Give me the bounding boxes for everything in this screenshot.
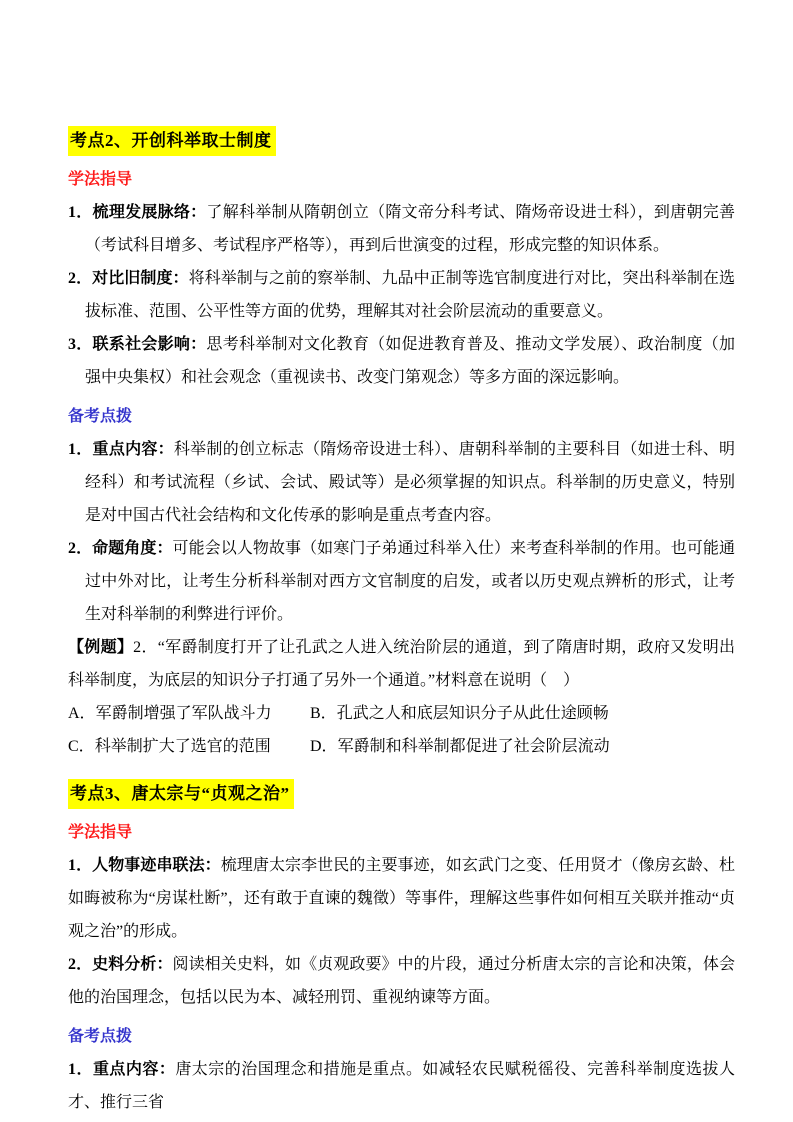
- tips-label: 备考点拨: [68, 1020, 735, 1053]
- tip-item: 2．命题角度：可能会以人物故事（如寒门子弟通过科举入仕）来考查科举制的作用。也可…: [68, 532, 735, 631]
- item-label: 命题角度：: [92, 540, 172, 557]
- option-b-key: B．: [310, 705, 337, 722]
- section-heading-row: 考点3、唐太宗与“贞观之治”: [68, 779, 735, 810]
- option-d-key: D．: [310, 738, 338, 755]
- item-number: 3．: [68, 336, 93, 353]
- item-label: 人物事迹串联法：: [92, 857, 221, 874]
- item-number: 2．: [68, 540, 92, 557]
- item-label: 对比旧制度：: [92, 270, 188, 287]
- section-heading-highlighted: 考点3、唐太宗与“贞观之治”: [68, 779, 294, 809]
- example-stem-text: “军爵制度打开了让孔武之人进入统治阶层的通道，到了隋唐时期，政府又发明出科举制度…: [68, 639, 735, 689]
- example-tag: 【例题】: [68, 639, 133, 656]
- option-a-key: A．: [68, 705, 96, 722]
- example-question-stem: 【例题】2．“军爵制度打开了让孔武之人进入统治阶层的通道，到了隋唐时期，政府又发…: [68, 631, 735, 697]
- option-d-text: 军爵制和科举制都促进了社会阶层流动: [338, 738, 610, 755]
- document-page: 考点2、开创科举取士制度 学法指导 1．梳理发展脉络：了解科举制从隋朝创立（隋文…: [0, 0, 793, 1122]
- option-d: D．军爵制和科举制都促进了社会阶层流动: [310, 738, 610, 755]
- section-heading-highlighted: 考点2、开创科举取士制度: [68, 126, 276, 156]
- option-b: B．孔武之人和底层知识分子从此仕途顾畅: [310, 705, 609, 722]
- section-kaodian-3: 考点3、唐太宗与“贞观之治” 学法指导 1．人物事迹串联法：梳理唐太宗李世民的主…: [68, 779, 735, 1119]
- item-number: 1．: [68, 1061, 93, 1078]
- section-kaodian-2: 考点2、开创科举取士制度 学法指导 1．梳理发展脉络：了解科举制从隋朝创立（隋文…: [68, 126, 735, 763]
- option-c-text: 科举制扩大了选官的范围: [95, 738, 271, 755]
- tips-label: 备考点拨: [68, 400, 735, 433]
- item-label: 史料分析：: [92, 956, 172, 973]
- option-c: C．科举制扩大了选官的范围: [68, 730, 310, 763]
- example-number: 2．: [133, 639, 158, 656]
- item-number: 1．: [68, 204, 93, 221]
- item-label: 重点内容：: [93, 1061, 175, 1078]
- study-item: 2．对比旧制度：将科举制与之前的察举制、九品中正制等选官制度进行对比，突出科举制…: [68, 262, 735, 328]
- option-c-key: C．: [68, 738, 95, 755]
- item-label: 梳理发展脉络：: [93, 204, 207, 221]
- option-b-text: 孔武之人和底层知识分子从此仕途顾畅: [337, 705, 609, 722]
- item-number: 1．: [68, 441, 93, 458]
- study-item: 3．联系社会影响：思考科举制对文化教育（如促进教育普及、推动文学发展）、政治制度…: [68, 328, 735, 394]
- study-guide-label: 学法指导: [68, 163, 735, 196]
- section-heading-row: 考点2、开创科举取士制度: [68, 126, 735, 157]
- study-item: 1．梳理发展脉络：了解科举制从隋朝创立（隋文帝分科考试、隋炀帝设进士科），到唐朝…: [68, 196, 735, 262]
- options-row-cd: C．科举制扩大了选官的范围D．军爵制和科举制都促进了社会阶层流动: [68, 730, 735, 763]
- item-label: 联系社会影响：: [93, 336, 207, 353]
- item-label: 重点内容：: [93, 441, 174, 458]
- item-number: 2．: [68, 270, 92, 287]
- study-item: 1．人物事迹串联法：梳理唐太宗李世民的主要事迹，如玄武门之变、任用贤才（像房玄龄…: [68, 849, 735, 948]
- study-guide-label: 学法指导: [68, 816, 735, 849]
- options-row-ab: A．军爵制增强了军队战斗力B．孔武之人和底层知识分子从此仕途顾畅: [68, 697, 735, 730]
- item-text: 科举制的创立标志（隋炀帝设进士科）、唐朝科举制的主要科目（如进士科、明经科）和考…: [85, 441, 735, 524]
- option-a: A．军爵制增强了军队战斗力: [68, 697, 310, 730]
- option-a-text: 军爵制增强了军队战斗力: [96, 705, 272, 722]
- item-number: 2．: [68, 956, 92, 973]
- study-item: 2．史料分析：阅读相关史料，如《贞观政要》中的片段，通过分析唐太宗的言论和决策，…: [68, 948, 735, 1014]
- tip-item: 1．重点内容：唐太宗的治国理念和措施是重点。如减轻农民赋税徭役、完善科举制度选拔…: [68, 1053, 735, 1119]
- item-text: 可能会以人物故事（如寒门子弟通过科举入仕）来考查科举制的作用。也可能通过中外对比…: [85, 540, 735, 623]
- item-number: 1．: [68, 857, 92, 874]
- tip-item: 1．重点内容：科举制的创立标志（隋炀帝设进士科）、唐朝科举制的主要科目（如进士科…: [68, 433, 735, 532]
